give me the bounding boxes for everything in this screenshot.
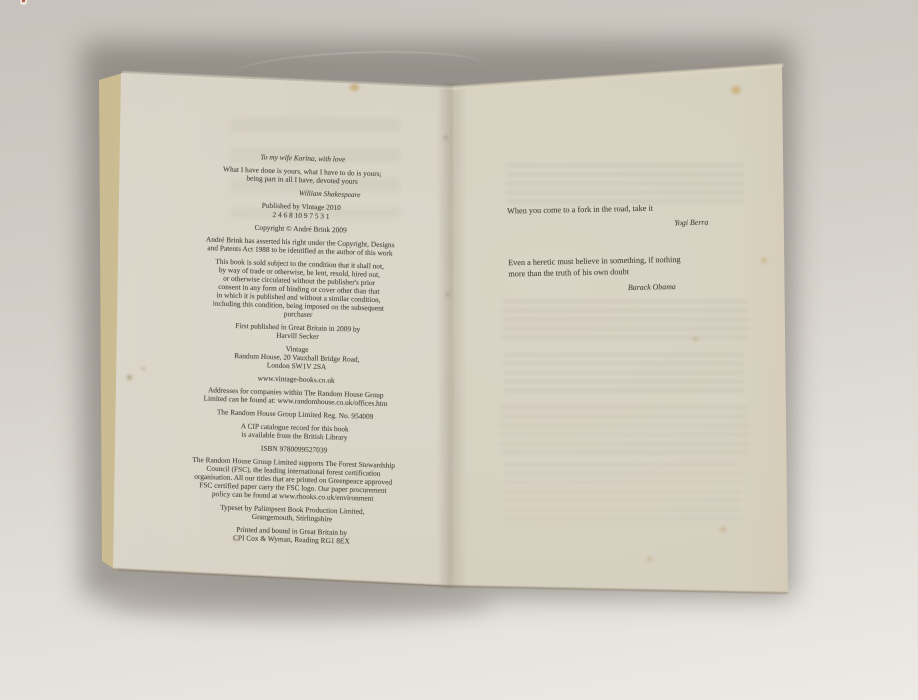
typeset-note: Typeset by Palimpsest Book Production Li…: [161, 502, 423, 527]
foxing-spot: [446, 293, 449, 296]
foxing-spot: [761, 258, 767, 263]
foxing-spot: [127, 375, 132, 380]
right-page-showthrough: [504, 353, 744, 395]
foxing-spot: [142, 367, 145, 370]
cip-note: A CIP catalogue record for this book is …: [164, 420, 426, 445]
first-published: First published in Great Britain in 2009…: [166, 320, 428, 345]
group-addresses: Addresses for companies within The Rando…: [165, 385, 427, 410]
printed-note: Printed and bound in Great Britain by CP…: [160, 524, 422, 549]
foxing-spot: [720, 527, 726, 532]
foxing-spot: [646, 557, 653, 561]
epigraph-page-text: When you come to a fork in the road, tak…: [507, 201, 758, 296]
surface-speck: [20, 0, 27, 5]
foxing-spot: [444, 136, 447, 139]
right-page-showthrough: [505, 463, 741, 527]
copyright-page-text: To my wife Karina, with love What I have…: [160, 151, 433, 553]
fsc-statement: The Random House Group Limited supports …: [162, 455, 425, 505]
shakespeare-epigraph: What I have done is yours, what I have t…: [171, 164, 433, 189]
photo-of-open-book: To my wife Karina, with love What I have…: [0, 0, 918, 700]
right-page-showthrough: [500, 406, 748, 454]
foxing-spot: [731, 86, 741, 94]
sale-conditions: This book is sold subject to the conditi…: [167, 257, 430, 324]
publisher-address: Vintage Random House, 20 Vauxhall Bridge…: [166, 342, 428, 375]
right-page-showthrough: [502, 300, 748, 344]
book-bottom-shadow: [104, 584, 494, 622]
rights-assertion: André Brink has asserted his right under…: [169, 235, 431, 260]
foxing-spot: [350, 84, 359, 91]
right-page-showthrough: [506, 164, 744, 206]
book-gutter-crease: [437, 84, 467, 588]
obama-quote: Even a heretic must believe in something…: [508, 253, 758, 280]
